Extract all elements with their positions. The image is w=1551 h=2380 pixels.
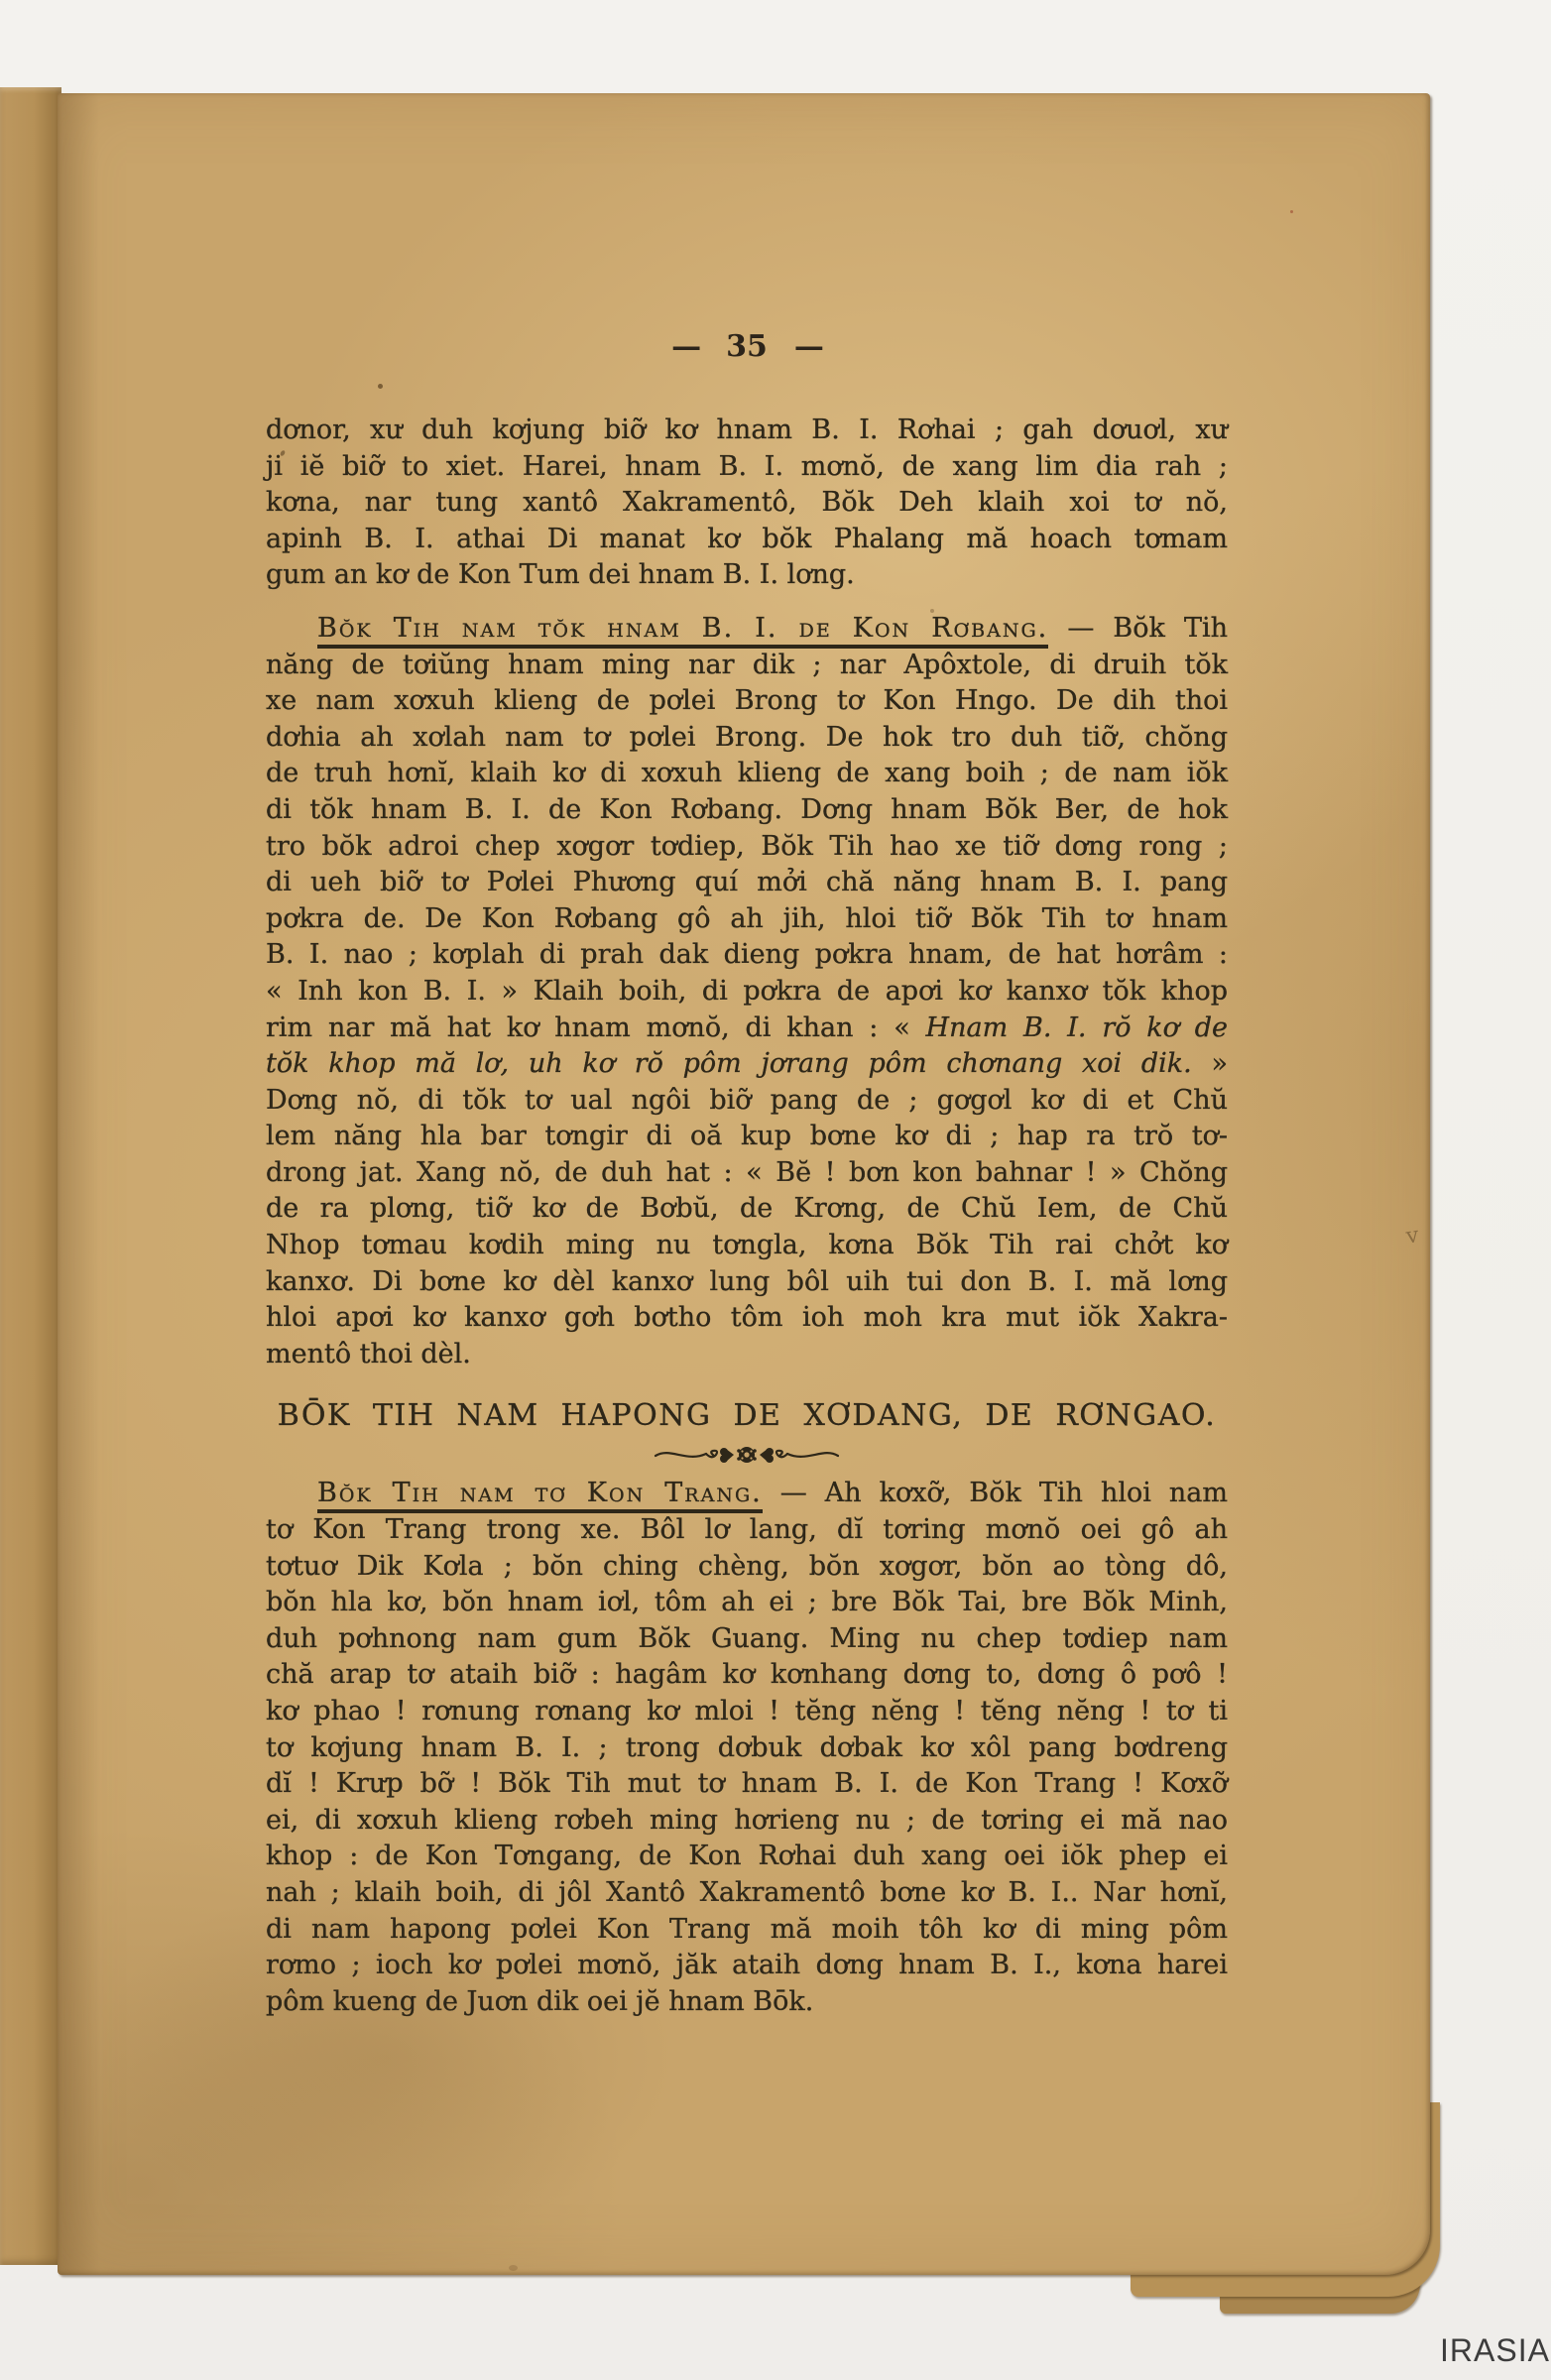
smallcaps-lead: Bŏk Tih nam tŏk hnam B. I. de Kon Rơbang…	[317, 613, 1048, 649]
body-text: bŏn hla kơ, bŏn hnam iơl, tôm ah ei ; br…	[266, 1587, 1228, 1617]
text-line: bŏn hla kơ, bŏn hnam iơl, tôm ah ei ; br…	[266, 1585, 1228, 1621]
body-text: drong jat. Xang nŏ, de duh hat : « Bĕ ! …	[266, 1157, 1228, 1188]
watermark: IRASIA	[1440, 2332, 1550, 2369]
section-heading: BŌK TIH NAM HAPONG DE XƠDANG, DE RƠNGAO.	[266, 1396, 1228, 1436]
text-line: hloi apơi kơ kanxơ gơh bơtho tôm ioh moh…	[266, 1300, 1228, 1337]
text-line: di tŏk hnam B. I. de Kon Rơbang. Dơng hn…	[266, 792, 1228, 829]
italic-text: tŏk khop mă lơ, uh kơ rŏ pôm jơrang pôm …	[266, 1048, 1192, 1079]
text-line: kơna, nar tung xantô Xakramentô, Bŏk Deh…	[266, 485, 1228, 522]
paragraph-3: Bŏk Tih nam tơ Kon Trang. — Ah kơxỡ, Bŏk…	[266, 1476, 1228, 2020]
text-line: Dơng nŏ, di tŏk tơ ual ngôi biỡ pang de …	[266, 1083, 1228, 1120]
ornament-row	[266, 1442, 1228, 1468]
text-line: di ueh biỡ tơ Pơlei Phương quí mởi chă n…	[266, 865, 1228, 901]
smallcaps-lead: Bŏk Tih nam tơ Kon Trang.	[317, 1478, 763, 1513]
text-line: tŏk khop mă lơ, uh kơ rŏ pôm jơrang pôm …	[266, 1046, 1228, 1083]
body-text: năng de tơiŭng hnam ming nar dik ; nar A…	[266, 650, 1228, 680]
text-line: năng de tơiŭng hnam ming nar dik ; nar A…	[266, 648, 1228, 684]
text-line: tro bŏk adroi chep xơgơr tơdiep, Bŏk Tih…	[266, 829, 1228, 866]
body-text: tro bŏk adroi chep xơgơr tơdiep, Bŏk Tih…	[266, 831, 1228, 862]
text-line: duh pơhnong nam gum Bŏk Guang. Ming nu c…	[266, 1621, 1228, 1658]
text-line: khop : de Kon Tơngang, de Kon Rơhai duh …	[266, 1839, 1228, 1875]
scan-background: { "page": { "folio": { "left_dash": "—",…	[0, 0, 1551, 2380]
body-text: dơhia ah xơlah nam tơ pơlei Brong. De ho…	[266, 722, 1228, 753]
text-line: Bŏk Tih nam tŏk hnam B. I. de Kon Rơbang…	[266, 611, 1228, 648]
paper-speck	[1290, 210, 1293, 213]
body-text: « Inh kon B. I. » Klaih boih, di pơkra d…	[266, 976, 1228, 1007]
text-line: dơhia ah xơlah nam tơ pơlei Brong. De ho…	[266, 720, 1228, 757]
text-line: di nam hapong pơlei Kon Trang mă moih tô…	[266, 1912, 1228, 1949]
floral-ornament-icon	[653, 1442, 841, 1468]
paragraph-1: dơnor, xư duh kơjung biỡ kơ hnam B. I. R…	[266, 413, 1228, 594]
body-text: khop : de Kon Tơngang, de Kon Rơhai duh …	[266, 1841, 1228, 1871]
paper-speck	[1194, 1638, 1201, 1641]
text-line: ji iĕ biỡ to xiet. Harei, hnam B. I. mơn…	[266, 449, 1228, 486]
body-text: de ra plơng, tiỡ kơ de Bơbŭ, de Krơng, d…	[266, 1193, 1228, 1224]
folio-number: 35	[726, 329, 768, 364]
body-text: di nam hapong pơlei Kon Trang mă moih tô…	[266, 1914, 1228, 1945]
body-text: B. I. nao ; kơplah di prah dak dieng pơk…	[266, 939, 1228, 970]
text-line: chă arap tơ ataih biỡ : hagâm kơ kơnhang…	[266, 1657, 1228, 1694]
text-line: B. I. nao ; kơplah di prah dak dieng pơk…	[266, 937, 1228, 974]
body-text: mentô thoi dèl.	[266, 1339, 471, 1369]
body-text: pơkra de. De Kon Rơbang gô ah jih, hloi …	[266, 903, 1228, 934]
paper-speck	[509, 2265, 518, 2271]
body-text: Nhop tơmau kơdih ming nu tơngla, kơna Bŏ…	[266, 1230, 1228, 1260]
text-line: gum an kơ de Kon Tum dei hnam B. I. lơng…	[266, 557, 1228, 594]
paper-speck	[317, 1107, 321, 1111]
body-text: kơ phao ! rơnung rơnang kơ mloi ! tĕng n…	[266, 1696, 1228, 1726]
folio-left-dash: —	[671, 329, 699, 364]
text-column: dơnor, xư duh kơjung biỡ kơ hnam B. I. R…	[266, 413, 1228, 2020]
text-line: drong jat. Xang nŏ, de duh hat : « Bĕ ! …	[266, 1155, 1228, 1192]
body-text: Dơng nŏ, di tŏk tơ ual ngôi biỡ pang de …	[266, 1085, 1228, 1116]
left-page-fore-edge	[0, 87, 61, 2265]
text-line: pôm kueng de Juơn dik oei jĕ hnam Bōk.	[266, 1984, 1228, 2021]
body-text: tơ Kon Trang trong xe. Bôl lơ lang, dĭ t…	[266, 1514, 1228, 1545]
page-number: — 35 —	[266, 329, 1228, 364]
text-line: Bŏk Tih nam tơ Kon Trang. — Ah kơxỡ, Bŏk…	[266, 1476, 1228, 1512]
text-line: nah ; klaih boih, di jôl Xantô Xakrament…	[266, 1875, 1228, 1912]
text-line: kơ phao ! rơnung rơnang kơ mloi ! tĕng n…	[266, 1694, 1228, 1730]
text-line: dĭ ! Krưp bỡ ! Bŏk Tih mut tơ hnam B. I.…	[266, 1766, 1228, 1803]
book-page: — 35 — dơnor, xư duh kơjung biỡ kơ hnam …	[58, 93, 1430, 2275]
body-text: hloi apơi kơ kanxơ gơh bơtho tôm ioh moh…	[266, 1302, 1228, 1333]
body-text: rim nar mă hat kơ hnam mơnŏ, di khan : «	[266, 1012, 926, 1043]
text-line: apinh B. I. athai Di manat kơ bŏk Phalan…	[266, 522, 1228, 558]
text-line: pơkra de. De Kon Rơbang gô ah jih, hloi …	[266, 901, 1228, 938]
body-text: nah ; klaih boih, di jôl Xantô Xakrament…	[266, 1877, 1228, 1908]
text-line: rơmo ; ioch kơ pơlei mơnŏ, jăk ataih dơn…	[266, 1948, 1228, 1984]
text-line: ei, di xơxuh klieng rơbeh ming hơrieng n…	[266, 1803, 1228, 1840]
text-line: de ra plơng, tiỡ kơ de Bơbŭ, de Krơng, d…	[266, 1191, 1228, 1228]
body-text: di tŏk hnam B. I. de Kon Rơbang. Dơng hn…	[266, 794, 1228, 825]
body-text: kơna, nar tung xantô Xakramentô, Bŏk Deh…	[266, 487, 1228, 518]
text-line: lem năng hla bar tơngir di oă kup bơne k…	[266, 1119, 1228, 1155]
text-line: Nhop tơmau kơdih ming nu tơngla, kơna Bŏ…	[266, 1228, 1228, 1264]
text-line: kanxơ. Di bơne kơ dèl kanxơ lung bôl uih…	[266, 1264, 1228, 1301]
body-text: lem năng hla bar tơngir di oă kup bơne k…	[266, 1121, 1228, 1151]
body-text: duh pơhnong nam gum Bŏk Guang. Ming nu c…	[266, 1623, 1228, 1654]
text-line: « Inh kon B. I. » Klaih boih, di pơkra d…	[266, 974, 1228, 1011]
body-text: apinh B. I. athai Di manat kơ bŏk Phalan…	[266, 524, 1228, 554]
body-text: tơ kơjung hnam B. I. ; trong dơbuk dơbak…	[266, 1732, 1228, 1763]
body-text: dĭ ! Krưp bỡ ! Bŏk Tih mut tơ hnam B. I.…	[266, 1768, 1228, 1799]
folio-right-dash: —	[794, 329, 822, 364]
italic-text: Hnam B. I. rŏ kơ de	[926, 1012, 1228, 1043]
paragraph-2: Bŏk Tih nam tŏk hnam B. I. de Kon Rơbang…	[266, 611, 1228, 1372]
pencil-mark: v	[1404, 1223, 1420, 1249]
body-text: — Ah kơxỡ, Bŏk Tih hloi nam	[763, 1478, 1228, 1508]
body-text: »	[1192, 1048, 1228, 1079]
body-text: dơnor, xư duh kơjung biỡ kơ hnam B. I. R…	[266, 415, 1228, 445]
paper-speck	[930, 609, 934, 613]
body-text: — Bŏk Tih	[1048, 613, 1228, 644]
body-text: pôm kueng de Juơn dik oei jĕ hnam Bōk.	[266, 1986, 813, 2017]
body-text: de truh hơnĭ, klaih kơ di xơxuh klieng d…	[266, 758, 1228, 788]
text-line: dơnor, xư duh kơjung biỡ kơ hnam B. I. R…	[266, 413, 1228, 449]
body-text: kanxơ. Di bơne kơ dèl kanxơ lung bôl uih…	[266, 1266, 1228, 1297]
text-line: tơtuơ Dik Kơla ; bŏn ching chèng, bŏn xơ…	[266, 1549, 1228, 1586]
text-line: mentô thoi dèl.	[266, 1337, 1228, 1373]
text-line: tơ Kon Trang trong xe. Bôl lơ lang, dĭ t…	[266, 1512, 1228, 1549]
body-text: ei, di xơxuh klieng rơbeh ming hơrieng n…	[266, 1805, 1228, 1836]
body-text: di ueh biỡ tơ Pơlei Phương quí mởi chă n…	[266, 867, 1228, 897]
body-text: gum an kơ de Kon Tum dei hnam B. I. lơng…	[266, 559, 855, 590]
body-text: ji iĕ biỡ to xiet. Harei, hnam B. I. mơn…	[266, 451, 1228, 482]
body-text: chă arap tơ ataih biỡ : hagâm kơ kơnhang…	[266, 1659, 1228, 1690]
text-line: de truh hơnĭ, klaih kơ di xơxuh klieng d…	[266, 756, 1228, 792]
body-text: xe nam xơxuh klieng de pơlei Brong tơ Ko…	[266, 685, 1228, 716]
text-line: tơ kơjung hnam B. I. ; trong dơbuk dơbak…	[266, 1730, 1228, 1767]
text-line: rim nar mă hat kơ hnam mơnŏ, di khan : «…	[266, 1011, 1228, 1047]
body-text: tơtuơ Dik Kơla ; bŏn ching chèng, bŏn xơ…	[266, 1551, 1228, 1582]
text-line: xe nam xơxuh klieng de pơlei Brong tơ Ko…	[266, 683, 1228, 720]
body-text: rơmo ; ioch kơ pơlei mơnŏ, jăk ataih dơn…	[266, 1950, 1228, 1980]
paper-speck	[378, 384, 383, 389]
